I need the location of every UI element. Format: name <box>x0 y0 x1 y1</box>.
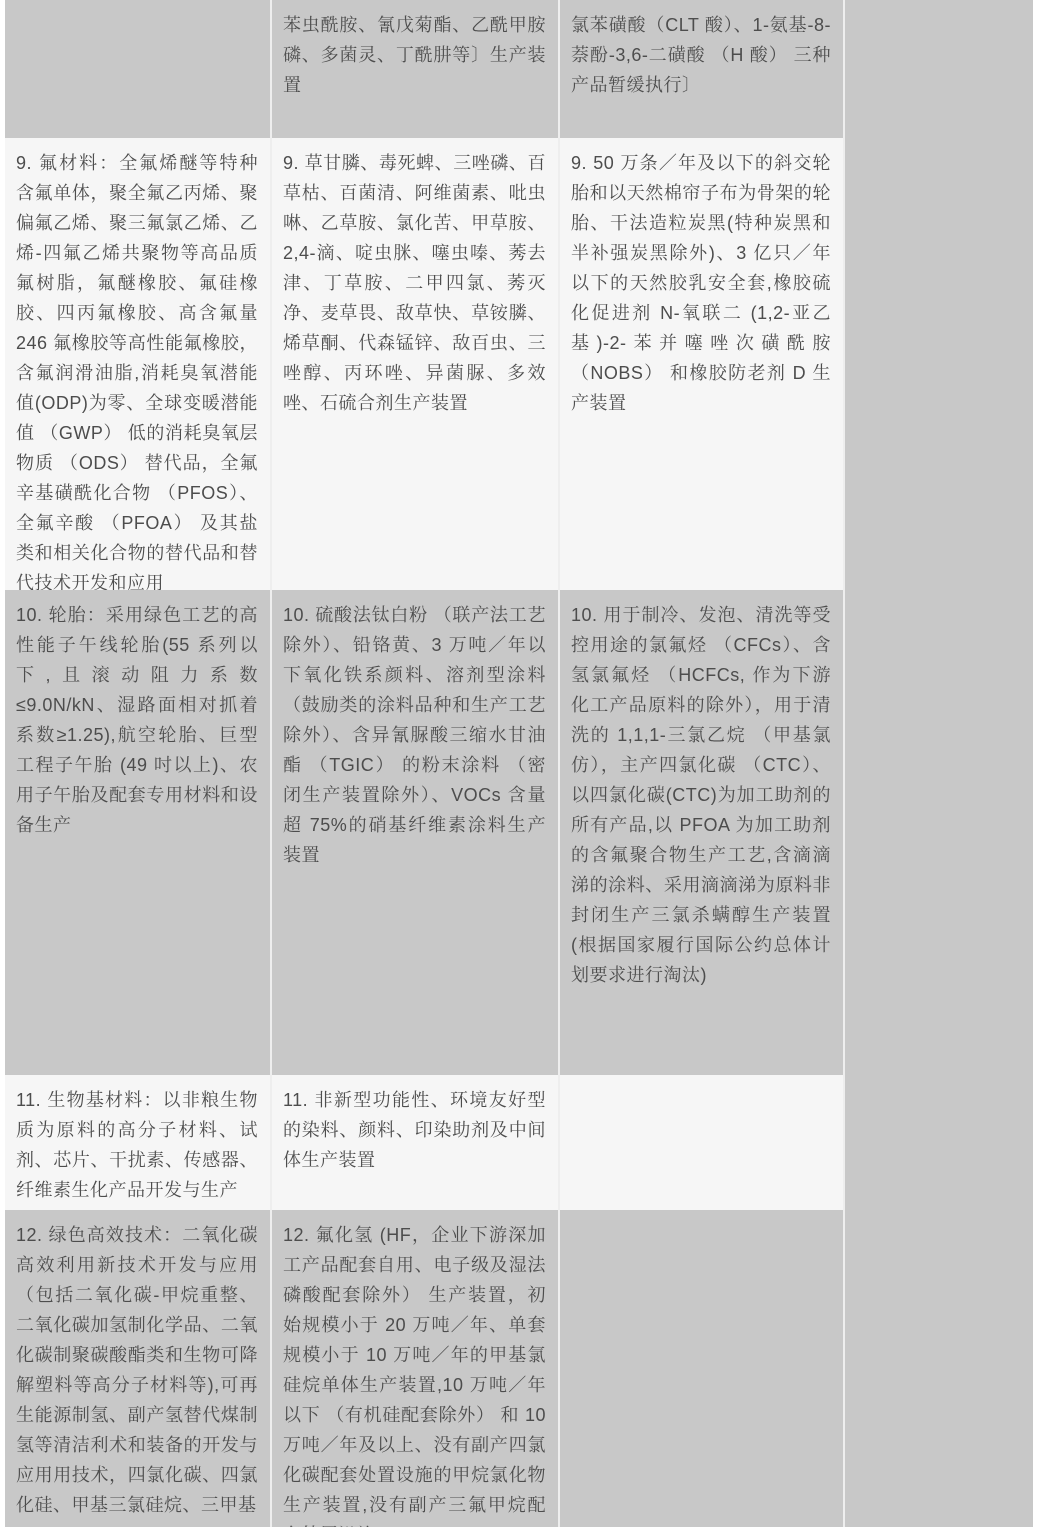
item9-col2-cell: 9. 草甘膦、毒死蜱、三唑磷、百草枯、百菌清、阿维菌素、吡虫啉、乙草胺、氯化苦、… <box>272 138 560 590</box>
item8-col2-cell: 苯虫酰胺、氰戊菊酯、乙酰甲胺磷、多菌灵、丁酰肼等〕生产装置 <box>272 0 560 138</box>
table-row-item9: 9. 氟材料：全氟烯醚等特种含氟单体，聚全氟乙丙烯、聚偏氟乙烯、聚三氟氯乙烯、乙… <box>5 138 1033 590</box>
table-row-item8-continuation: 苯虫酰胺、氰戊菊酯、乙酰甲胺磷、多菌灵、丁酰肼等〕生产装置 氯苯磺酸（CLT 酸… <box>5 0 1033 138</box>
table-row-item11: 11. 生物基材料：以非粮生物质为原料的高分子材料、试剂、芯片、干扰素、传感器、… <box>5 1075 1033 1210</box>
table-row-item10: 10. 轮胎：采用绿色工艺的高性能子午线轮胎(55 系列以下,且滚动阻力系数≤9… <box>5 590 1033 1075</box>
scanned-document-page: 苯虫酰胺、氰戊菊酯、乙酰甲胺磷、多菌灵、丁酰肼等〕生产装置 氯苯磺酸（CLT 酸… <box>0 0 1039 1527</box>
item11-col4-cell <box>845 1075 1033 1210</box>
item8-col3-cell: 氯苯磺酸（CLT 酸）、1-氨基-8-萘酚-3,6-二磺酸 （H 酸） 三种产品… <box>560 0 845 138</box>
item10-col4-cell <box>845 590 1033 1075</box>
item9-col1-cell: 9. 氟材料：全氟烯醚等特种含氟单体，聚全氟乙丙烯、聚偏氟乙烯、聚三氟氯乙烯、乙… <box>5 138 272 590</box>
table-row-item12: 12. 绿色高效技术：二氧化碳高效利用新技术开发与应用 （包括二氧化碳-甲烷重整… <box>5 1210 1033 1527</box>
item8-col4-cell <box>845 0 1033 138</box>
item11-col3-cell <box>560 1075 845 1210</box>
item10-col2-cell: 10. 硫酸法钛白粉 （联产法工艺除外）、铅铬黄、3 万吨／年以下氧化铁系颜料、… <box>272 590 560 1075</box>
item12-col4-cell <box>845 1210 1033 1527</box>
item12-col3-cell <box>560 1210 845 1527</box>
item9-col3-cell: 9. 50 万条／年及以下的斜交轮胎和以天然棉帘子布为骨架的轮胎、干法造粒炭黑(… <box>560 138 845 590</box>
item12-col1-cell: 12. 绿色高效技术：二氧化碳高效利用新技术开发与应用 （包括二氧化碳-甲烷重整… <box>5 1210 272 1527</box>
item12-col2-cell: 12. 氟化氢 (HF，企业下游深加工产品配套自用、电子级及湿法磷酸配套除外） … <box>272 1210 560 1527</box>
item11-col1-cell: 11. 生物基材料：以非粮生物质为原料的高分子材料、试剂、芯片、干扰素、传感器、… <box>5 1075 272 1210</box>
item11-col2-cell: 11. 非新型功能性、环境友好型的染料、颜料、印染助剂及中间体生产装置 <box>272 1075 560 1210</box>
item10-col1-cell: 10. 轮胎：采用绿色工艺的高性能子午线轮胎(55 系列以下,且滚动阻力系数≤9… <box>5 590 272 1075</box>
item10-col3-cell: 10. 用于制冷、发泡、清洗等受控用途的氯氟烃 （CFCs）、含氢氯氟烃 （HC… <box>560 590 845 1075</box>
catalog-table: 苯虫酰胺、氰戊菊酯、乙酰甲胺磷、多菌灵、丁酰肼等〕生产装置 氯苯磺酸（CLT 酸… <box>5 0 1033 1527</box>
item8-col1-cell <box>5 0 272 138</box>
item9-col4-cell <box>845 138 1033 590</box>
